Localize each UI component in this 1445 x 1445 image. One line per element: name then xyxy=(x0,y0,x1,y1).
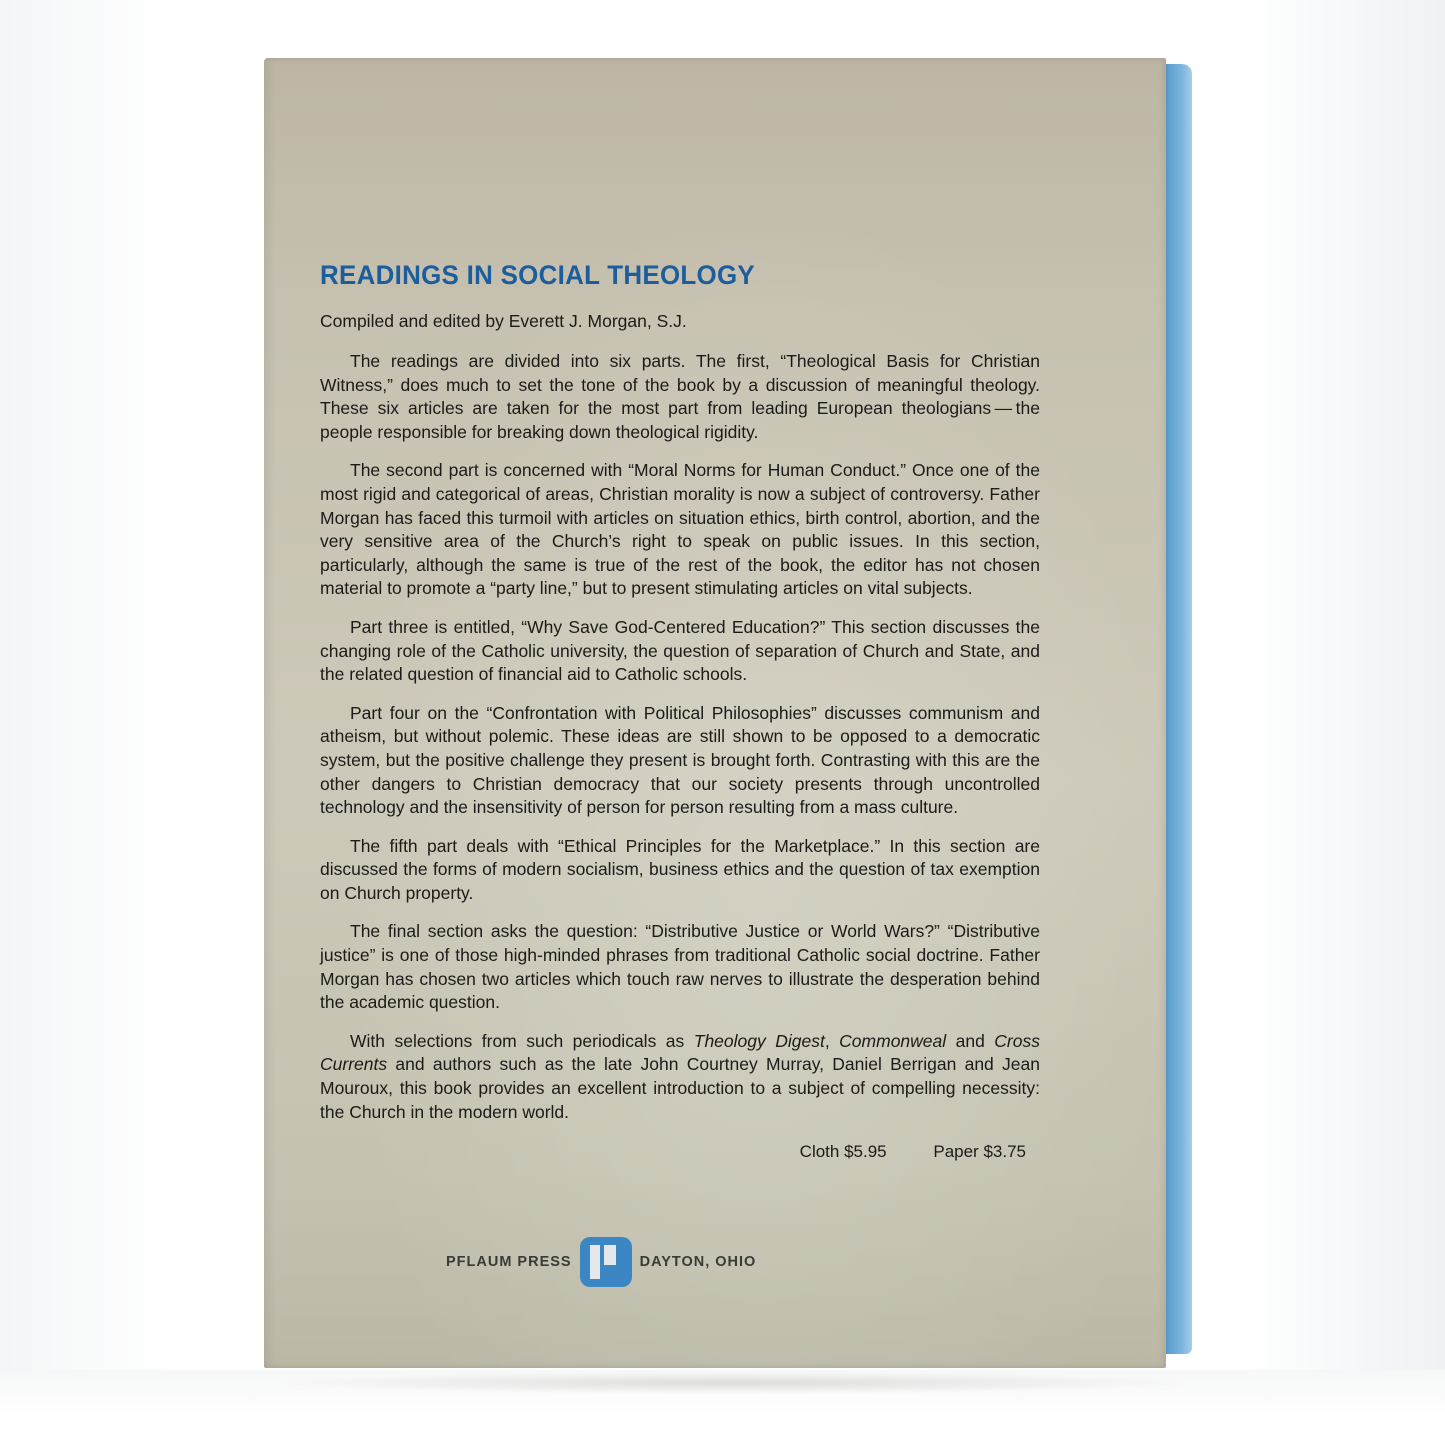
price-line: Cloth $5.95 Paper $3.75 xyxy=(320,1142,1040,1162)
periodical-title: Commonweal xyxy=(839,1031,946,1051)
book-title: READINGS IN SOCIAL THEOLOGY xyxy=(320,260,1011,291)
blurb-paragraph-5: The fifth part deals with “Ethical Princ… xyxy=(320,835,1040,906)
cloth-price: Cloth $5.95 xyxy=(800,1142,887,1161)
closing-lead: With selections from such periodicals as xyxy=(350,1031,694,1051)
separator: and xyxy=(946,1031,994,1051)
blurb-paragraph-1: The readings are divided into six parts.… xyxy=(320,350,1040,444)
blurb-paragraph-6: The final section asks the question: “Di… xyxy=(320,920,1040,1014)
publisher-imprint: PFLAUM PRESS DAYTON, OHIO xyxy=(446,1240,866,1284)
cover-text: READINGS IN SOCIAL THEOLOGY Compiled and… xyxy=(320,260,1040,1162)
paper-price: Paper $3.75 xyxy=(933,1142,1026,1161)
blurb-paragraph-3: Part three is entitled, “Why Save God-Ce… xyxy=(320,616,1040,687)
publisher-name: PFLAUM PRESS xyxy=(446,1254,572,1270)
closing-tail: and authors such as the late John Courtn… xyxy=(320,1054,1040,1121)
blurb-paragraph-2: The second part is concerned with “Moral… xyxy=(320,459,1040,601)
periodical-title: Theology Digest xyxy=(694,1031,825,1051)
editor-credit: Compiled and edited by Everett J. Morgan… xyxy=(320,311,1040,332)
pflaum-logo-icon xyxy=(580,1237,632,1287)
separator: , xyxy=(825,1031,839,1051)
blurb-paragraph-4: Part four on the “Confrontation with Pol… xyxy=(320,702,1040,820)
publisher-location: DAYTON, OHIO xyxy=(640,1254,757,1270)
book-shadow xyxy=(268,1372,1198,1394)
blurb-closing-paragraph: With selections from such periodicals as… xyxy=(320,1030,1040,1124)
